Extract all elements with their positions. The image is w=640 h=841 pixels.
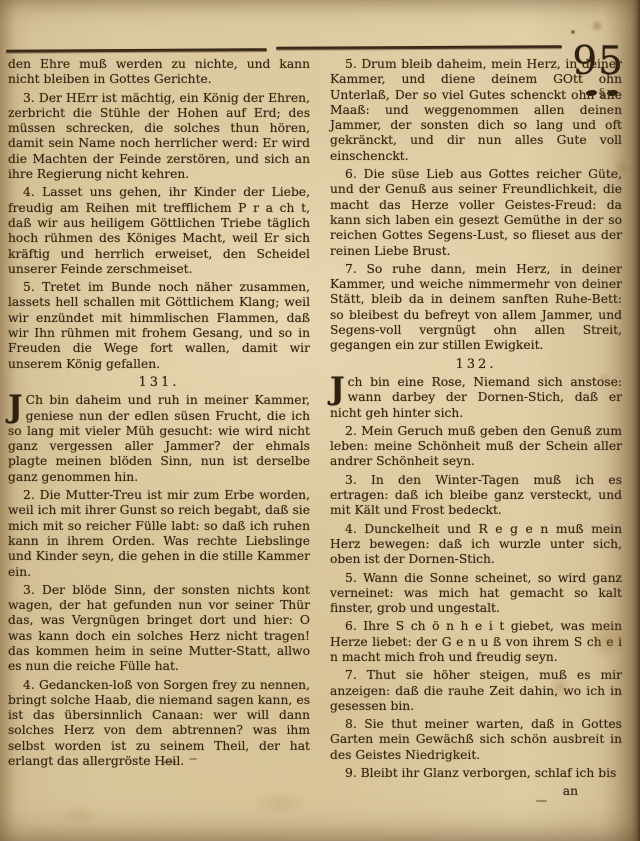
paragraph: 2. Mein Geruch muß geben den Genuß zum l…: [330, 424, 622, 470]
header-rule-left: [6, 48, 267, 53]
paragraph: 4. Gedancken-loß von Sorgen frey zu nenn…: [8, 678, 310, 770]
ink-fleck: [571, 30, 575, 34]
section-heading: 131.: [8, 375, 310, 390]
paragraph: 5. Wann die Sonne scheinet, so wird ganz…: [330, 571, 622, 617]
paragraph: 4. Lasset uns gehen, ihr Kinder der Lieb…: [8, 185, 310, 277]
paragraph: 6. Die süse Lieb aus Gottes reicher Güte…: [330, 167, 622, 259]
paragraph-text: ch bin eine Rose, Niemand sich anstose: …: [330, 375, 622, 420]
right-column: 5. Drum bleib daheim, mein Herz, in dein…: [330, 57, 622, 800]
paper-stain: [60, 806, 100, 824]
paragraph: den Ehre muß werden zu nichte, und kann …: [8, 57, 310, 88]
left-column: den Ehre muß werden zu nichte, und kann …: [8, 57, 310, 772]
ink-fleck: [536, 800, 547, 802]
paper-stain: [250, 790, 310, 816]
paragraph: 3. In den Winter-Tagen muß ich es ertrag…: [330, 473, 622, 519]
paragraph: 4. Dunckelheit und R e g e n muß mein He…: [330, 522, 622, 568]
book-page-scan: 95 § den Ehre muß werden zu nichte, und …: [0, 0, 640, 841]
paragraph: 3. Der HErr ist mächtig, ein König der E…: [8, 91, 310, 183]
paragraph-text: Ch bin daheim und ruh in meiner Kammer, …: [8, 393, 310, 483]
drop-cap: J: [8, 393, 26, 420]
paragraph: 8. Sie thut meiner warten, daß in Gottes…: [330, 717, 622, 763]
paragraph: 7. So ruhe dann, mein Herz, in deiner Ka…: [330, 262, 622, 354]
catchword: an: [330, 784, 622, 799]
paragraph: 3. Der blöde Sinn, der sonsten nichts ko…: [8, 583, 310, 675]
paragraph: JCh bin daheim und ruh in meiner Kammer,…: [8, 393, 310, 485]
paper-stain: [590, 20, 604, 32]
paragraph: 5. Tretet im Bunde noch näher zusammen, …: [8, 280, 310, 372]
header-rule-right: [276, 45, 562, 49]
page-edge-shadow: [634, 0, 640, 841]
paragraph: 2. Die Mutter-Treu ist mir zum Erbe word…: [8, 488, 310, 580]
paragraph: Jch bin eine Rose, Niemand sich anstose:…: [330, 375, 622, 421]
drop-cap: J: [330, 375, 348, 402]
paragraph: 7. Thut sie höher steigen, muß es mir an…: [330, 668, 622, 714]
paragraph: 9. Bleibt ihr Glanz verborgen, schlaf ic…: [330, 766, 622, 781]
paragraph: 6. Ihre S ch ö n h e i t giebet, was mei…: [330, 619, 622, 665]
section-heading: 132.: [330, 357, 622, 372]
paragraph: 5. Drum bleib daheim, mein Herz, in dein…: [330, 57, 622, 164]
